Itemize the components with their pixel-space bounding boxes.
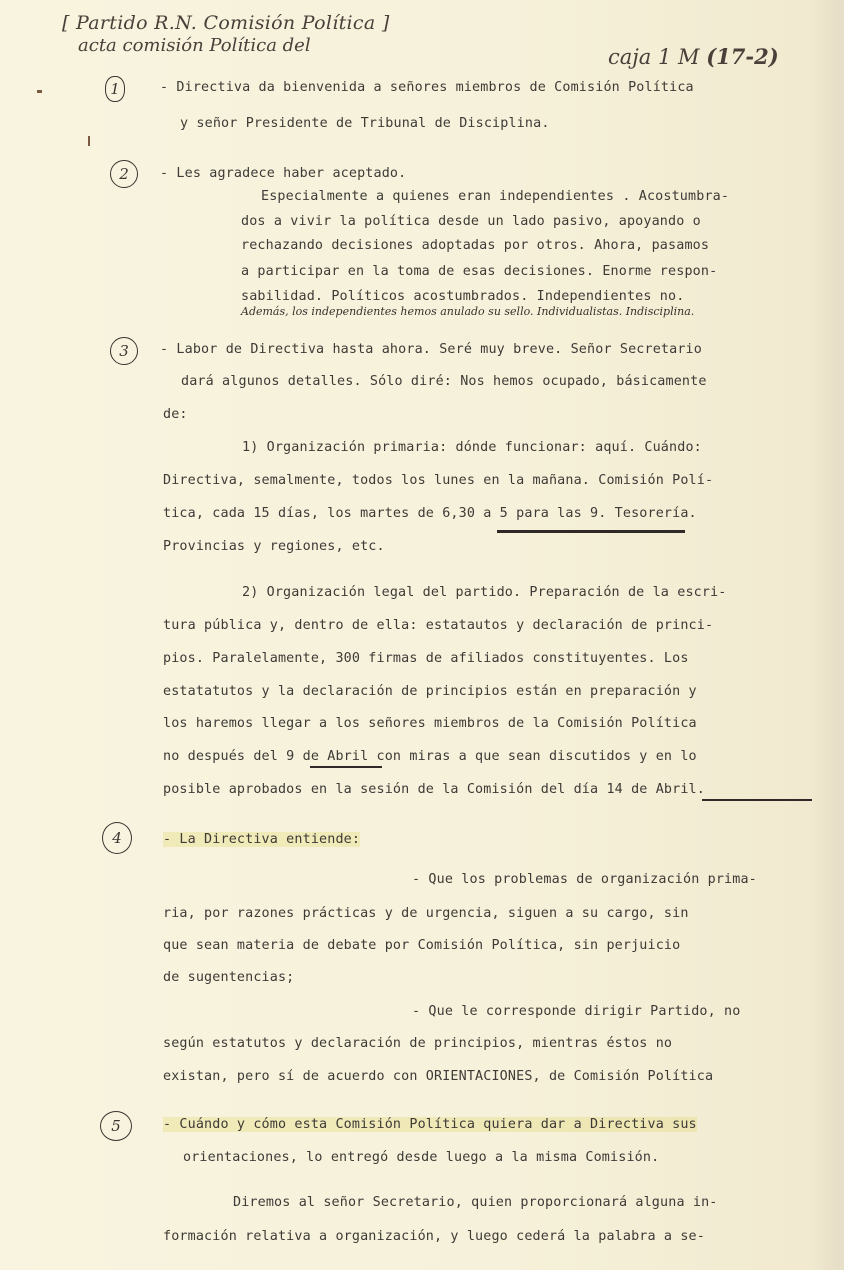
item-3-line-4: 1) Organización primaria: dónde funciona… bbox=[242, 440, 702, 455]
item-4-line-8: existan, pero sí de acuerdo con ORIENTAC… bbox=[163, 1069, 713, 1084]
item-2-line-3: dos a vivir la política desde un lado pa… bbox=[241, 214, 701, 229]
item-4-line-2: - Que los problemas de organización prim… bbox=[412, 872, 757, 887]
item-number-3: 3 bbox=[110, 337, 138, 365]
handwritten-annotation: Además, los independientes hemos anulado… bbox=[241, 305, 694, 318]
item-number-2: 2 bbox=[110, 160, 138, 188]
item-3-line-10: pios. Paralelamente, 300 firmas de afili… bbox=[163, 651, 689, 666]
item-number-5: 5 bbox=[100, 1111, 132, 1141]
item-4-line-1: - La Directiva entiende: bbox=[163, 832, 360, 847]
item-2-line-1: - Les agradece haber aceptado. bbox=[160, 166, 406, 181]
handwritten-underline bbox=[702, 799, 812, 801]
item-2-line-2: Especialmente a quienes eran independien… bbox=[261, 189, 729, 204]
item-3-line-13: no después del 9 de Abril con miras a qu… bbox=[163, 749, 697, 764]
handwritten-header-title: [ Partido R.N. Comisión Política ] bbox=[62, 12, 390, 34]
item-3-line-5: Directiva, semalmente, todos los lunes e… bbox=[163, 473, 713, 488]
handwritten-underline bbox=[310, 766, 382, 768]
item-4-line-4: que sean materia de debate por Comisión … bbox=[163, 938, 680, 953]
margin-mark bbox=[88, 136, 90, 146]
item-3-line-11: estatatutos y la declaración de principi… bbox=[163, 684, 697, 699]
item-2-line-5: a participar en la toma de esas decision… bbox=[241, 264, 717, 279]
item-3-line-14: posible aprobados en la sesión de la Com… bbox=[163, 782, 705, 797]
item-4-line-5: de sugentencias; bbox=[163, 970, 294, 985]
item-3-line-1: - Labor de Directiva hasta ahora. Seré m… bbox=[160, 342, 702, 357]
item-3-line-6: tica, cada 15 días, los martes de 6,30 a… bbox=[163, 506, 697, 521]
item-5-line-3: Diremos al señor Secretario, quien propo… bbox=[233, 1195, 718, 1210]
item-5-line-1: - Cuándo y cómo esta Comisión Política q… bbox=[163, 1117, 697, 1132]
item-1-line-1: - Directiva da bienvenida a señores miem… bbox=[160, 80, 694, 95]
item-2-line-6: sabilidad. Políticos acostumbrados. Inde… bbox=[241, 289, 684, 304]
item-2-line-4: rechazando decisiones adoptadas por otro… bbox=[241, 238, 709, 253]
item-3-line-2: dará algunos detalles. Sólo diré: Nos he… bbox=[181, 374, 707, 389]
archive-box-reference: caja 1 M (17-2) bbox=[608, 44, 779, 69]
item-4-line-3: ria, por razones prácticas y de urgencia… bbox=[163, 906, 689, 921]
item-3-line-8: 2) Organización legal del partido. Prepa… bbox=[242, 585, 727, 600]
page-edge-shadow bbox=[838, 0, 844, 1270]
item-3-line-9: tura pública y, dentro de ella: estataut… bbox=[163, 618, 713, 633]
handwritten-header-subtitle: acta comisión Política del bbox=[78, 35, 311, 56]
item-5-line-4: formación relativa a organización, y lue… bbox=[163, 1229, 705, 1244]
item-5-line-2: orientaciones, lo entregó desde luego a … bbox=[183, 1150, 659, 1165]
item-3-line-3: de: bbox=[163, 407, 188, 422]
handwritten-underline bbox=[497, 530, 685, 533]
item-4-line-7: según estatutos y declaración de princip… bbox=[163, 1036, 672, 1051]
item-3-line-12: los haremos llegar a los señores miembro… bbox=[163, 716, 697, 731]
margin-mark bbox=[37, 90, 42, 93]
document-page: [ Partido R.N. Comisión Política ] acta … bbox=[0, 0, 844, 1270]
item-number-4: 4 bbox=[102, 822, 132, 854]
item-4-line-6: - Que le corresponde dirigir Partido, no bbox=[412, 1004, 740, 1019]
box-ref: caja 1 M bbox=[608, 45, 700, 69]
box-number: (17-2) bbox=[706, 44, 778, 69]
item-number-1: 1 bbox=[105, 76, 125, 102]
item-3-line-7: Provincias y regiones, etc. bbox=[163, 539, 385, 554]
item-1-line-2: y señor Presidente de Tribunal de Discip… bbox=[180, 116, 550, 131]
